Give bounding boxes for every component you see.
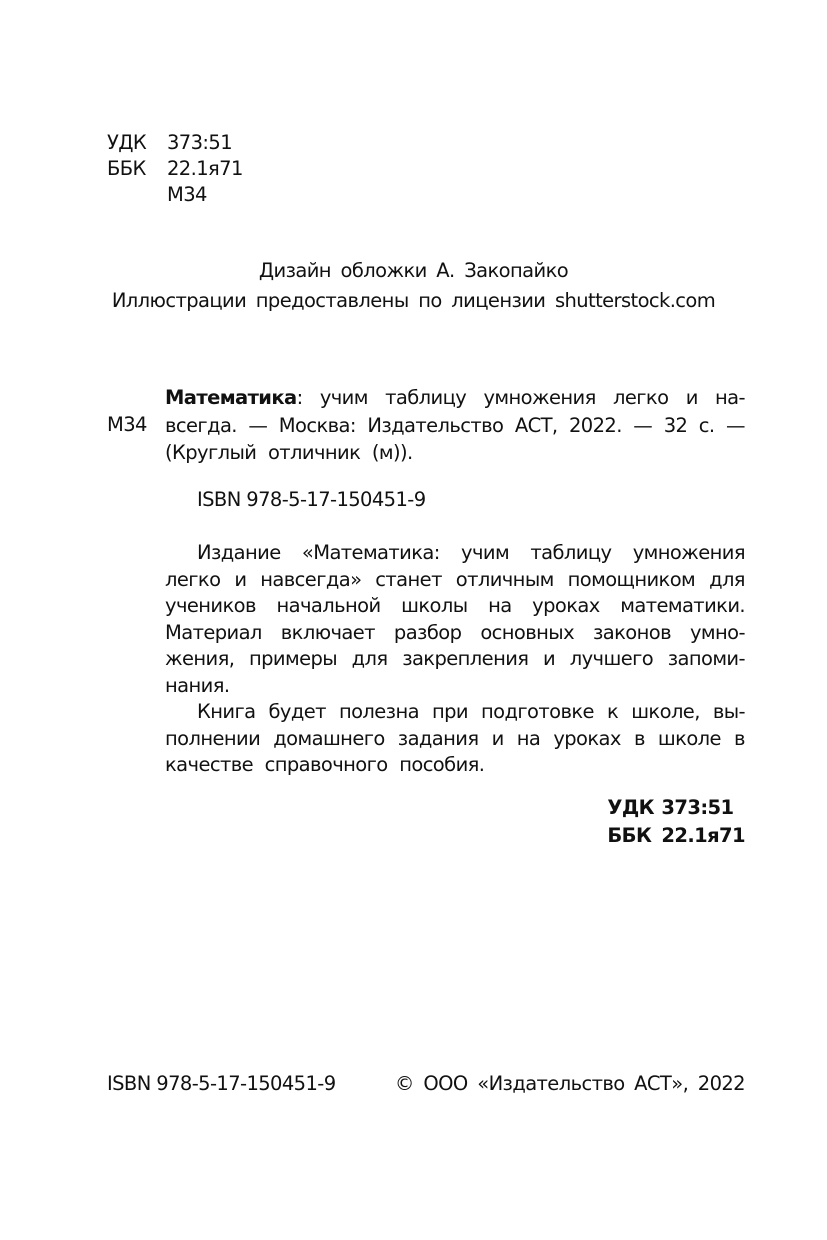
annotation-line: Издание«Математика:учимтаблицуумножения — [165, 540, 745, 567]
illustrations-credit: Иллюстрации предоставлены по лицензии sh… — [0, 286, 827, 316]
annotation-line: учениковначальнойшколынаурокахматематики… — [165, 593, 745, 620]
annotation-line: нания. — [165, 673, 745, 700]
book-title: Математика — [165, 386, 297, 409]
udk-label: УДК — [107, 130, 167, 156]
bold-classification-codes: УДК373:51 ББК22.1я71 — [607, 794, 745, 850]
bbk-row: ББК22.1я71 — [107, 156, 243, 182]
credits: Дизайн обложки А. Закопайко Иллюстрации … — [0, 256, 827, 316]
author-mark-row: М34 — [107, 182, 243, 208]
bold-udk-label: УДК — [607, 794, 661, 822]
bbk-value: 22.1я71 — [167, 157, 243, 180]
bibliographic-line: (Круглый отличник (м)). — [165, 439, 745, 467]
cover-design-credit: Дизайн обложки А. Закопайко — [0, 256, 827, 286]
bold-bbk-value: 22.1я71 — [661, 824, 745, 847]
bibliographic-line: Математика:учимтаблицуумножениялегкоина- — [165, 384, 745, 412]
udk-value: 373:51 — [167, 131, 232, 154]
bold-udk-value: 373:51 — [661, 796, 733, 819]
annotation-line: жения,примерыдлязакрепленияилучшегозапом… — [165, 646, 745, 673]
annotation-line: легкоинавсегда»станетотличнымпомощникомд… — [165, 567, 745, 594]
bold-bbk-row: ББК22.1я71 — [607, 822, 745, 850]
annotation-line: Книгабудетполезнаприподготовкекшколе,вы- — [165, 699, 745, 726]
bold-bbk-label: ББК — [607, 822, 661, 850]
footer-isbn: ISBN 978-5-17-150451-9 — [107, 1072, 336, 1095]
annotation: Издание«Математика:учимтаблицуумножениял… — [165, 540, 745, 779]
copyright: © ООО «Издательство АСТ», 2022 — [395, 1072, 745, 1095]
bibliographic-record: Математика:учимтаблицуумножениялегкоина-… — [165, 384, 745, 467]
footer: ISBN 978-5-17-150451-9 © ООО «Издательст… — [107, 1072, 745, 1095]
isbn: ISBN 978-5-17-150451-9 — [197, 488, 426, 511]
bold-udk-row: УДК373:51 — [607, 794, 745, 822]
udk-row: УДК373:51 — [107, 130, 243, 156]
classification-codes: УДК373:51 ББК22.1я71 М34 — [107, 130, 243, 208]
annotation-line: полнениидомашнегозаданияинаурокахвшколев — [165, 726, 745, 753]
bbk-label: ББК — [107, 156, 167, 182]
bibliographic-line: всегда.—Москва:ИздательствоАСТ,2022.—32с… — [165, 412, 745, 440]
author-mark: М34 — [167, 183, 207, 206]
annotation-line: качестве справочного пособия. — [165, 752, 745, 779]
bibliographic-author-mark: М34 — [107, 411, 147, 439]
annotation-line: Материалвключаетразборосновныхзаконовумн… — [165, 620, 745, 647]
